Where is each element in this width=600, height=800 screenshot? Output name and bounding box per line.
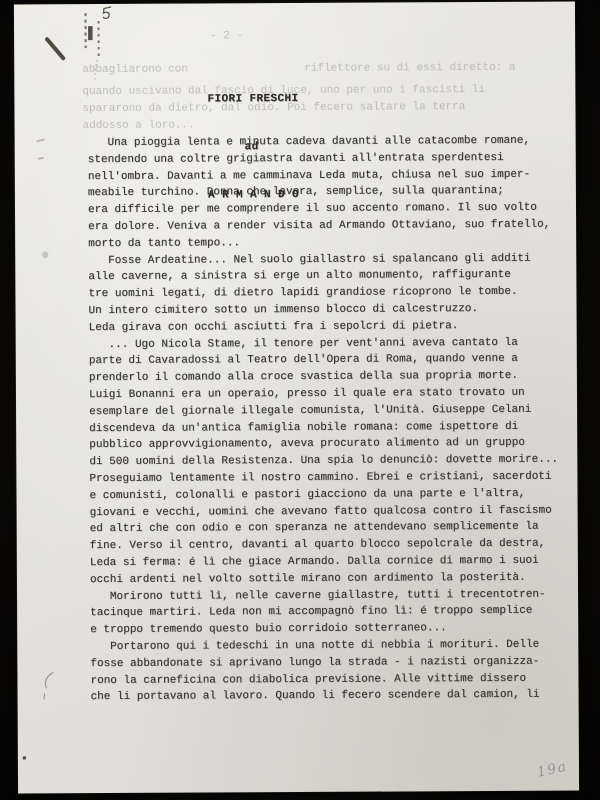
paper-sheet: - 2 -abbagliarono conriflettore su di es…: [14, 2, 579, 794]
pencil-stroke-marks: [37, 664, 67, 704]
typed-line: Portarono qui i tedeschi in una notte di…: [90, 637, 559, 656]
typed-line: era dolore. Veniva a render visita ad Ar…: [88, 217, 557, 236]
ink-speck: [23, 756, 26, 759]
ghost-text-line: riflettore su di essi diretto: a: [304, 61, 515, 76]
document-title: FIORI FRESCHI ad A R M A N D O: [207, 59, 296, 235]
title-line-3: A R M A N D O: [208, 187, 296, 203]
title-line-2: ad: [208, 139, 296, 155]
typed-body-text: Una pioggia lenta e minuta cadeva davant…: [88, 133, 560, 707]
ink-smudge-marks: [34, 4, 144, 100]
typed-line: e comunisti, colonalli e pastori giaccio…: [89, 485, 558, 504]
ghost-text-line: - 2 -: [210, 29, 243, 43]
stamp-smudge: [42, 251, 48, 258]
typed-line: Proseguiamo lentamente il nostro cammino…: [89, 469, 558, 488]
photo-backdrop: - 2 -abbagliarono conriflettore su di es…: [0, 0, 600, 800]
typed-line: Leda si ferma: é lì che giace Armando. D…: [90, 553, 559, 572]
ghost-text-line: addosso a loro...: [83, 119, 195, 134]
typed-line: tacinque martiri. Leda non mi accompagnò…: [90, 603, 559, 622]
typed-line: tre uomini legati, di dietro lapidi gran…: [88, 284, 557, 303]
typed-line: Luigi Bonanni era un operaio, presso il …: [89, 385, 558, 404]
typed-line: occhi ardenti nel volto sottile mirano c…: [90, 569, 559, 588]
typed-line: che li portavano al lavoro. Quando li fe…: [91, 687, 560, 706]
typed-line: stendendo una coltre grigiastra davanti …: [88, 149, 557, 168]
typed-line: fosse abbandonate si aprivano lungo la s…: [90, 653, 559, 672]
typed-line: esemplare del giornale illegale comunist…: [89, 401, 558, 420]
title-line-1: FIORI FRESCHI: [207, 91, 295, 107]
